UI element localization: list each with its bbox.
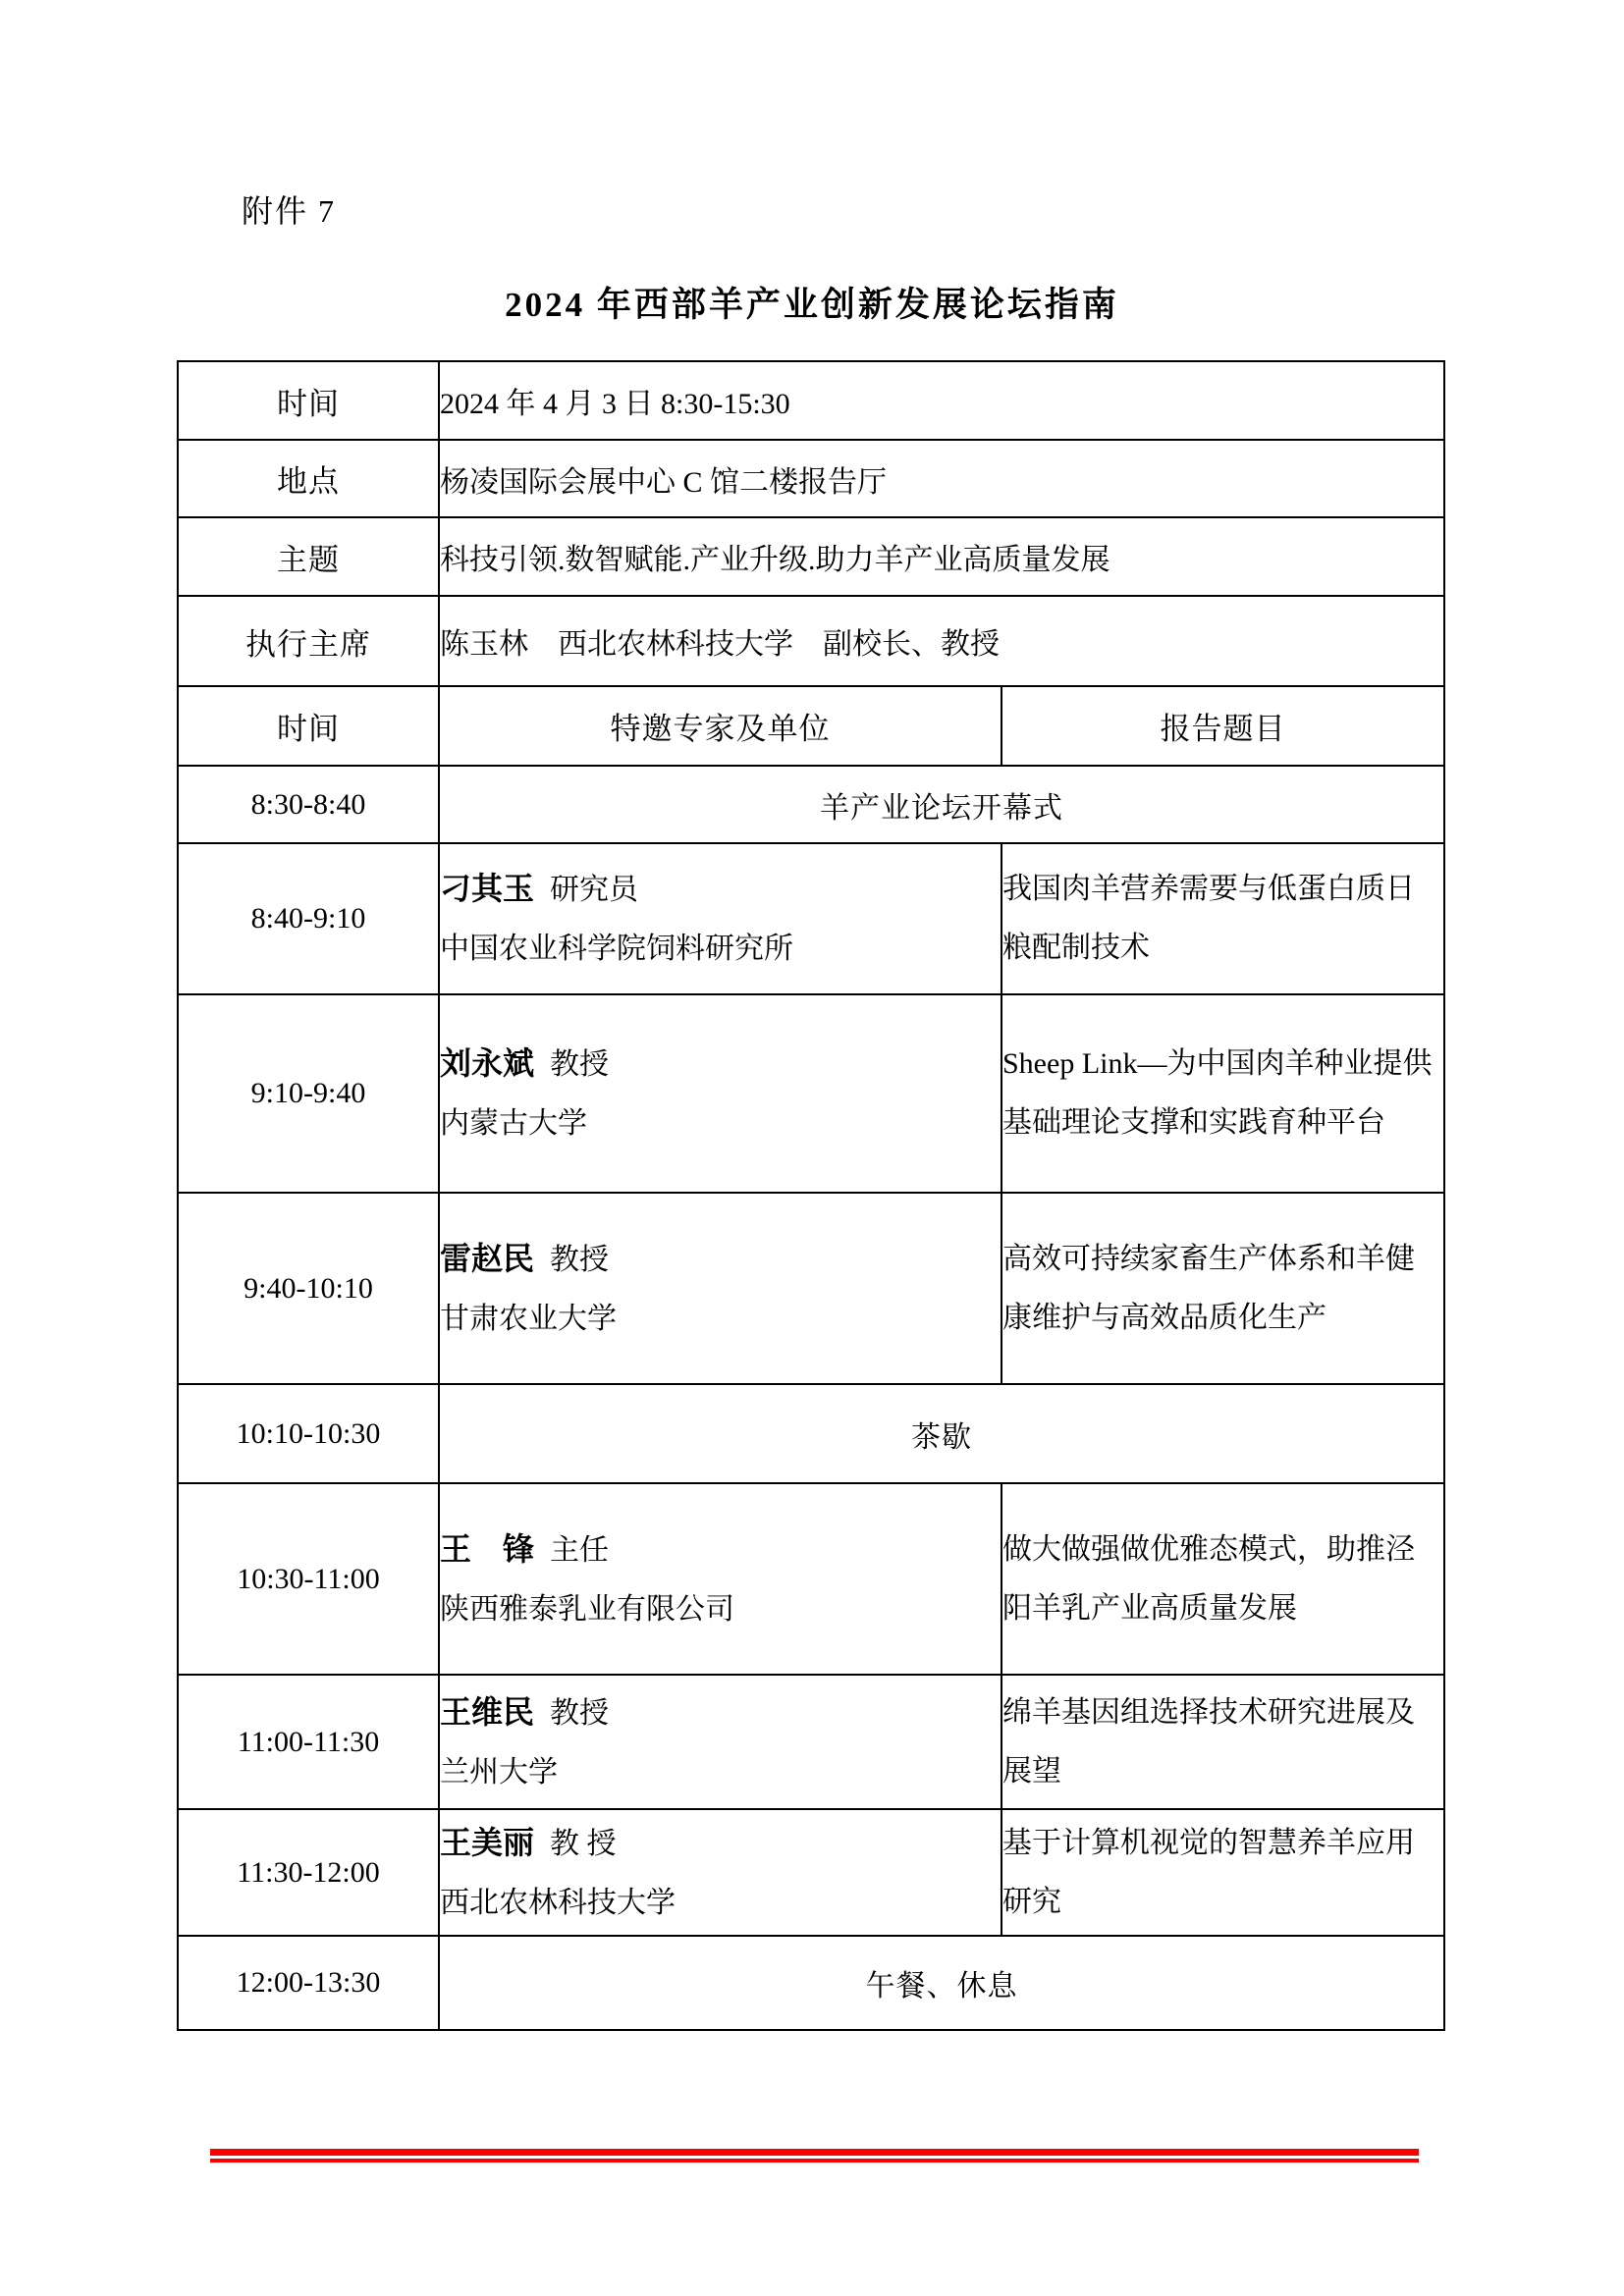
info-label-location: 地点 xyxy=(178,440,439,517)
schedule-row-talk: 11:30-12:00 王美丽教 授 西北农林科技大学 基于计算机视觉的智慧养羊… xyxy=(178,1809,1444,1936)
page-title: 2024 年西部羊产业创新发展论坛指南 xyxy=(0,283,1624,328)
talk-topic: 基于计算机视觉的智慧养羊应用研究 xyxy=(1001,1809,1444,1936)
speaker-line: 刁其玉研究员 xyxy=(440,859,1001,920)
schedule-header-time: 时间 xyxy=(178,686,439,766)
schedule-header-row: 时间 特邀专家及单位 报告题目 xyxy=(178,686,1444,766)
session-span: 午餐、休息 xyxy=(439,1936,1444,2030)
info-label-theme: 主题 xyxy=(178,517,439,596)
speaker-title: 主任 xyxy=(550,1534,609,1567)
forum-schedule-table: 时间 2024 年 4 月 3 日 8:30-15:30 地点 杨凌国际会展中心… xyxy=(177,360,1445,2031)
speaker-title: 教授 xyxy=(550,1048,609,1081)
session-span: 茶歇 xyxy=(439,1384,1444,1483)
speaker-cell: 刘永斌教授 内蒙古大学 xyxy=(439,994,1001,1193)
speaker-affiliation: 兰州大学 xyxy=(440,1743,1001,1802)
schedule-row-talk: 9:40-10:10 雷赵民教授 甘肃农业大学 高效可持续家畜生产体系和羊健康维… xyxy=(178,1193,1444,1384)
speaker-name: 刘永斌 xyxy=(440,1045,534,1081)
info-value-time: 2024 年 4 月 3 日 8:30-15:30 xyxy=(439,361,1444,440)
schedule-time: 9:10-9:40 xyxy=(178,994,439,1193)
schedule-header-expert: 特邀专家及单位 xyxy=(439,686,1001,766)
document-page: 附件 7 2024 年西部羊产业创新发展论坛指南 时间 2024 年 4 月 3… xyxy=(0,0,1624,2296)
schedule-row-talk: 8:40-9:10 刁其玉研究员 中国农业科学院饲料研究所 我国肉羊营养需要与低… xyxy=(178,843,1444,994)
talk-topic: 我国肉羊营养需要与低蛋白质日粮配制技术 xyxy=(1001,843,1444,994)
info-row-time: 时间 2024 年 4 月 3 日 8:30-15:30 xyxy=(178,361,1444,440)
schedule-row-lunch: 12:00-13:30 午餐、休息 xyxy=(178,1936,1444,2030)
info-value-chairman: 陈玉林 西北农林科技大学 副校长、教授 xyxy=(439,596,1444,686)
schedule-time: 8:30-8:40 xyxy=(178,766,439,843)
info-row-theme: 主题 科技引领.数智赋能.产业升级.助力羊产业高质量发展 xyxy=(178,517,1444,596)
speaker-title: 研究员 xyxy=(550,874,638,906)
red-divider-thick-line xyxy=(210,2149,1419,2156)
schedule-time: 10:10-10:30 xyxy=(178,1384,439,1483)
session-span: 羊产业论坛开幕式 xyxy=(439,766,1444,843)
speaker-line: 王美丽教 授 xyxy=(440,1813,1001,1874)
schedule-header-topic: 报告题目 xyxy=(1001,686,1444,766)
schedule-row-teabreak: 10:10-10:30 茶歇 xyxy=(178,1384,1444,1483)
speaker-affiliation: 西北农林科技大学 xyxy=(440,1874,1001,1933)
talk-topic: 高效可持续家畜生产体系和羊健康维护与高效品质化生产 xyxy=(1001,1193,1444,1384)
info-label-time: 时间 xyxy=(178,361,439,440)
speaker-name: 王维民 xyxy=(440,1694,534,1730)
speaker-name: 王美丽 xyxy=(440,1825,534,1860)
schedule-time: 11:30-12:00 xyxy=(178,1809,439,1936)
info-value-location: 杨凌国际会展中心 C 馆二楼报告厅 xyxy=(439,440,1444,517)
speaker-title: 教授 xyxy=(550,1244,609,1276)
speaker-line: 刘永斌教授 xyxy=(440,1034,1001,1095)
info-label-chairman: 执行主席 xyxy=(178,596,439,686)
talk-topic: Sheep Link—为中国肉羊种业提供基础理论支撑和实践育种平台 xyxy=(1001,994,1444,1193)
speaker-cell: 王维民教授 兰州大学 xyxy=(439,1675,1001,1809)
speaker-name: 雷赵民 xyxy=(440,1241,534,1276)
info-row-location: 地点 杨凌国际会展中心 C 馆二楼报告厅 xyxy=(178,440,1444,517)
talk-topic: 做大做强做优雅态模式，助推泾阳羊乳产业高质量发展 xyxy=(1001,1483,1444,1675)
schedule-row-opening: 8:30-8:40 羊产业论坛开幕式 xyxy=(178,766,1444,843)
schedule-row-talk: 10:30-11:00 王 锋主任 陕西雅泰乳业有限公司 做大做强做优雅态模式，… xyxy=(178,1483,1444,1675)
red-divider-thin-line xyxy=(210,2159,1419,2163)
schedule-time: 8:40-9:10 xyxy=(178,843,439,994)
speaker-cell: 刁其玉研究员 中国农业科学院饲料研究所 xyxy=(439,843,1001,994)
schedule-time: 11:00-11:30 xyxy=(178,1675,439,1809)
schedule-row-talk: 11:00-11:30 王维民教授 兰州大学 绵羊基因组选择技术研究进展及展望 xyxy=(178,1675,1444,1809)
speaker-name: 刁其玉 xyxy=(440,871,534,906)
speaker-affiliation: 甘肃农业大学 xyxy=(440,1290,1001,1349)
info-row-chairman: 执行主席 陈玉林 西北农林科技大学 副校长、教授 xyxy=(178,596,1444,686)
speaker-line: 王 锋主任 xyxy=(440,1520,1001,1580)
speaker-affiliation: 中国农业科学院饲料研究所 xyxy=(440,920,1001,979)
speaker-cell: 王美丽教 授 西北农林科技大学 xyxy=(439,1809,1001,1936)
talk-topic: 绵羊基因组选择技术研究进展及展望 xyxy=(1001,1675,1444,1809)
speaker-line: 王维民教授 xyxy=(440,1682,1001,1743)
info-value-theme: 科技引领.数智赋能.产业升级.助力羊产业高质量发展 xyxy=(439,517,1444,596)
attachment-label: 附件 7 xyxy=(242,192,336,230)
speaker-affiliation: 内蒙古大学 xyxy=(440,1095,1001,1153)
schedule-time: 9:40-10:10 xyxy=(178,1193,439,1384)
speaker-cell: 王 锋主任 陕西雅泰乳业有限公司 xyxy=(439,1483,1001,1675)
schedule-time: 10:30-11:00 xyxy=(178,1483,439,1675)
speaker-affiliation: 陕西雅泰乳业有限公司 xyxy=(440,1580,1001,1639)
red-divider xyxy=(210,2149,1419,2163)
schedule-time: 12:00-13:30 xyxy=(178,1936,439,2030)
speaker-title: 教 授 xyxy=(550,1828,617,1860)
speaker-title: 教授 xyxy=(550,1697,609,1730)
speaker-line: 雷赵民教授 xyxy=(440,1229,1001,1290)
speaker-name: 王 锋 xyxy=(440,1531,534,1567)
speaker-cell: 雷赵民教授 甘肃农业大学 xyxy=(439,1193,1001,1384)
schedule-row-talk: 9:10-9:40 刘永斌教授 内蒙古大学 Sheep Link—为中国肉羊种业… xyxy=(178,994,1444,1193)
